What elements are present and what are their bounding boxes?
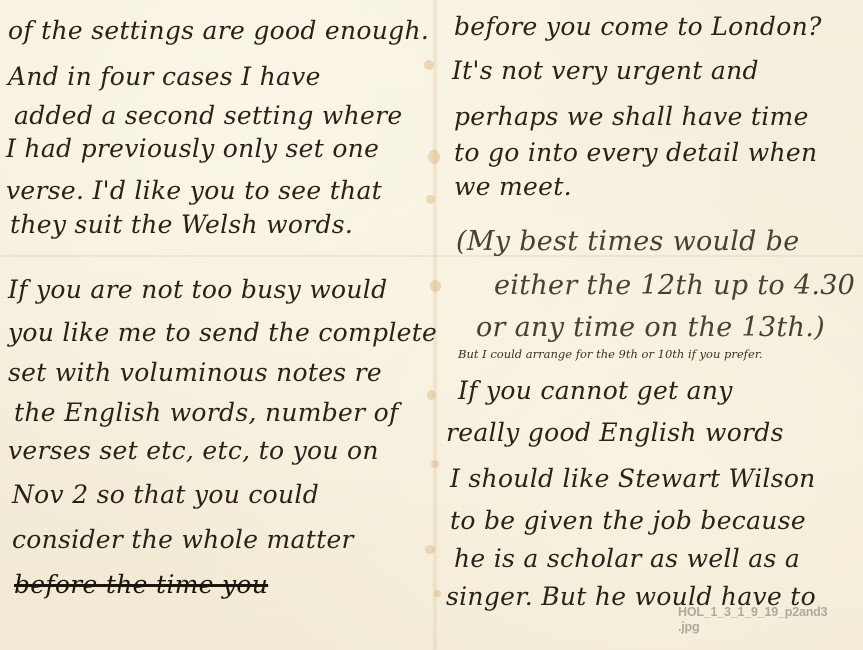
handwritten-line: the English words, number of — [14, 400, 399, 425]
filename-watermark: HOL_1_3_1_9_19_p2and3 .jpg — [678, 605, 827, 635]
handwritten-line: verses set etc, etc, to you on — [8, 438, 379, 463]
struck-through-line: before the time you — [14, 572, 268, 597]
handwritten-line: consider the whole matter — [12, 527, 354, 552]
watermark-line-2: .jpg — [678, 620, 827, 635]
handwritten-line: Nov 2 so that you could — [12, 482, 319, 507]
handwritten-line: perhaps we shall have time — [454, 104, 809, 129]
handwritten-line: he is a scholar as well as a — [454, 546, 800, 571]
handwritten-line: I should like Stewart Wilson — [450, 466, 816, 491]
watermark-line-1: HOL_1_3_1_9_19_p2and3 — [678, 605, 827, 620]
handwritten-line: I had previously only set one — [6, 136, 379, 161]
handwritten-line: verse. I'd like you to see that — [6, 178, 382, 203]
left-page: of the settings are good enough. And in … — [0, 0, 430, 650]
handwritten-line: to be given the job because — [450, 508, 806, 533]
handwritten-line: we meet. — [454, 174, 572, 199]
right-page: before you come to London? It's not very… — [440, 0, 863, 650]
handwritten-line: set with voluminous notes re — [8, 360, 382, 385]
handwritten-line: or any time on the 13th.) — [476, 314, 825, 341]
handwritten-line: If you are not too busy would — [8, 277, 387, 302]
handwritten-note: But I could arrange for the 9th or 10th … — [458, 349, 763, 361]
handwritten-line: they suit the Welsh words. — [10, 212, 353, 237]
handwritten-line: It's not very urgent and — [452, 58, 759, 83]
handwritten-line: either the 12th up to 4.30 — [494, 272, 855, 299]
handwritten-line: And in four cases I have — [8, 64, 321, 89]
handwritten-line: before you come to London? — [454, 14, 822, 39]
handwritten-line: of the settings are good enough. — [8, 18, 429, 43]
handwritten-line: added a second setting where — [14, 103, 402, 128]
handwritten-line: really good English words — [446, 420, 784, 445]
handwritten-line: to go into every detail when — [454, 140, 817, 165]
letter-scan: of the settings are good enough. And in … — [0, 0, 863, 650]
foxing-spot — [431, 460, 439, 468]
handwritten-line: you like me to send the complete — [8, 320, 437, 345]
handwritten-line: If you cannot get any — [458, 378, 733, 403]
handwritten-line: (My best times would be — [456, 228, 800, 255]
